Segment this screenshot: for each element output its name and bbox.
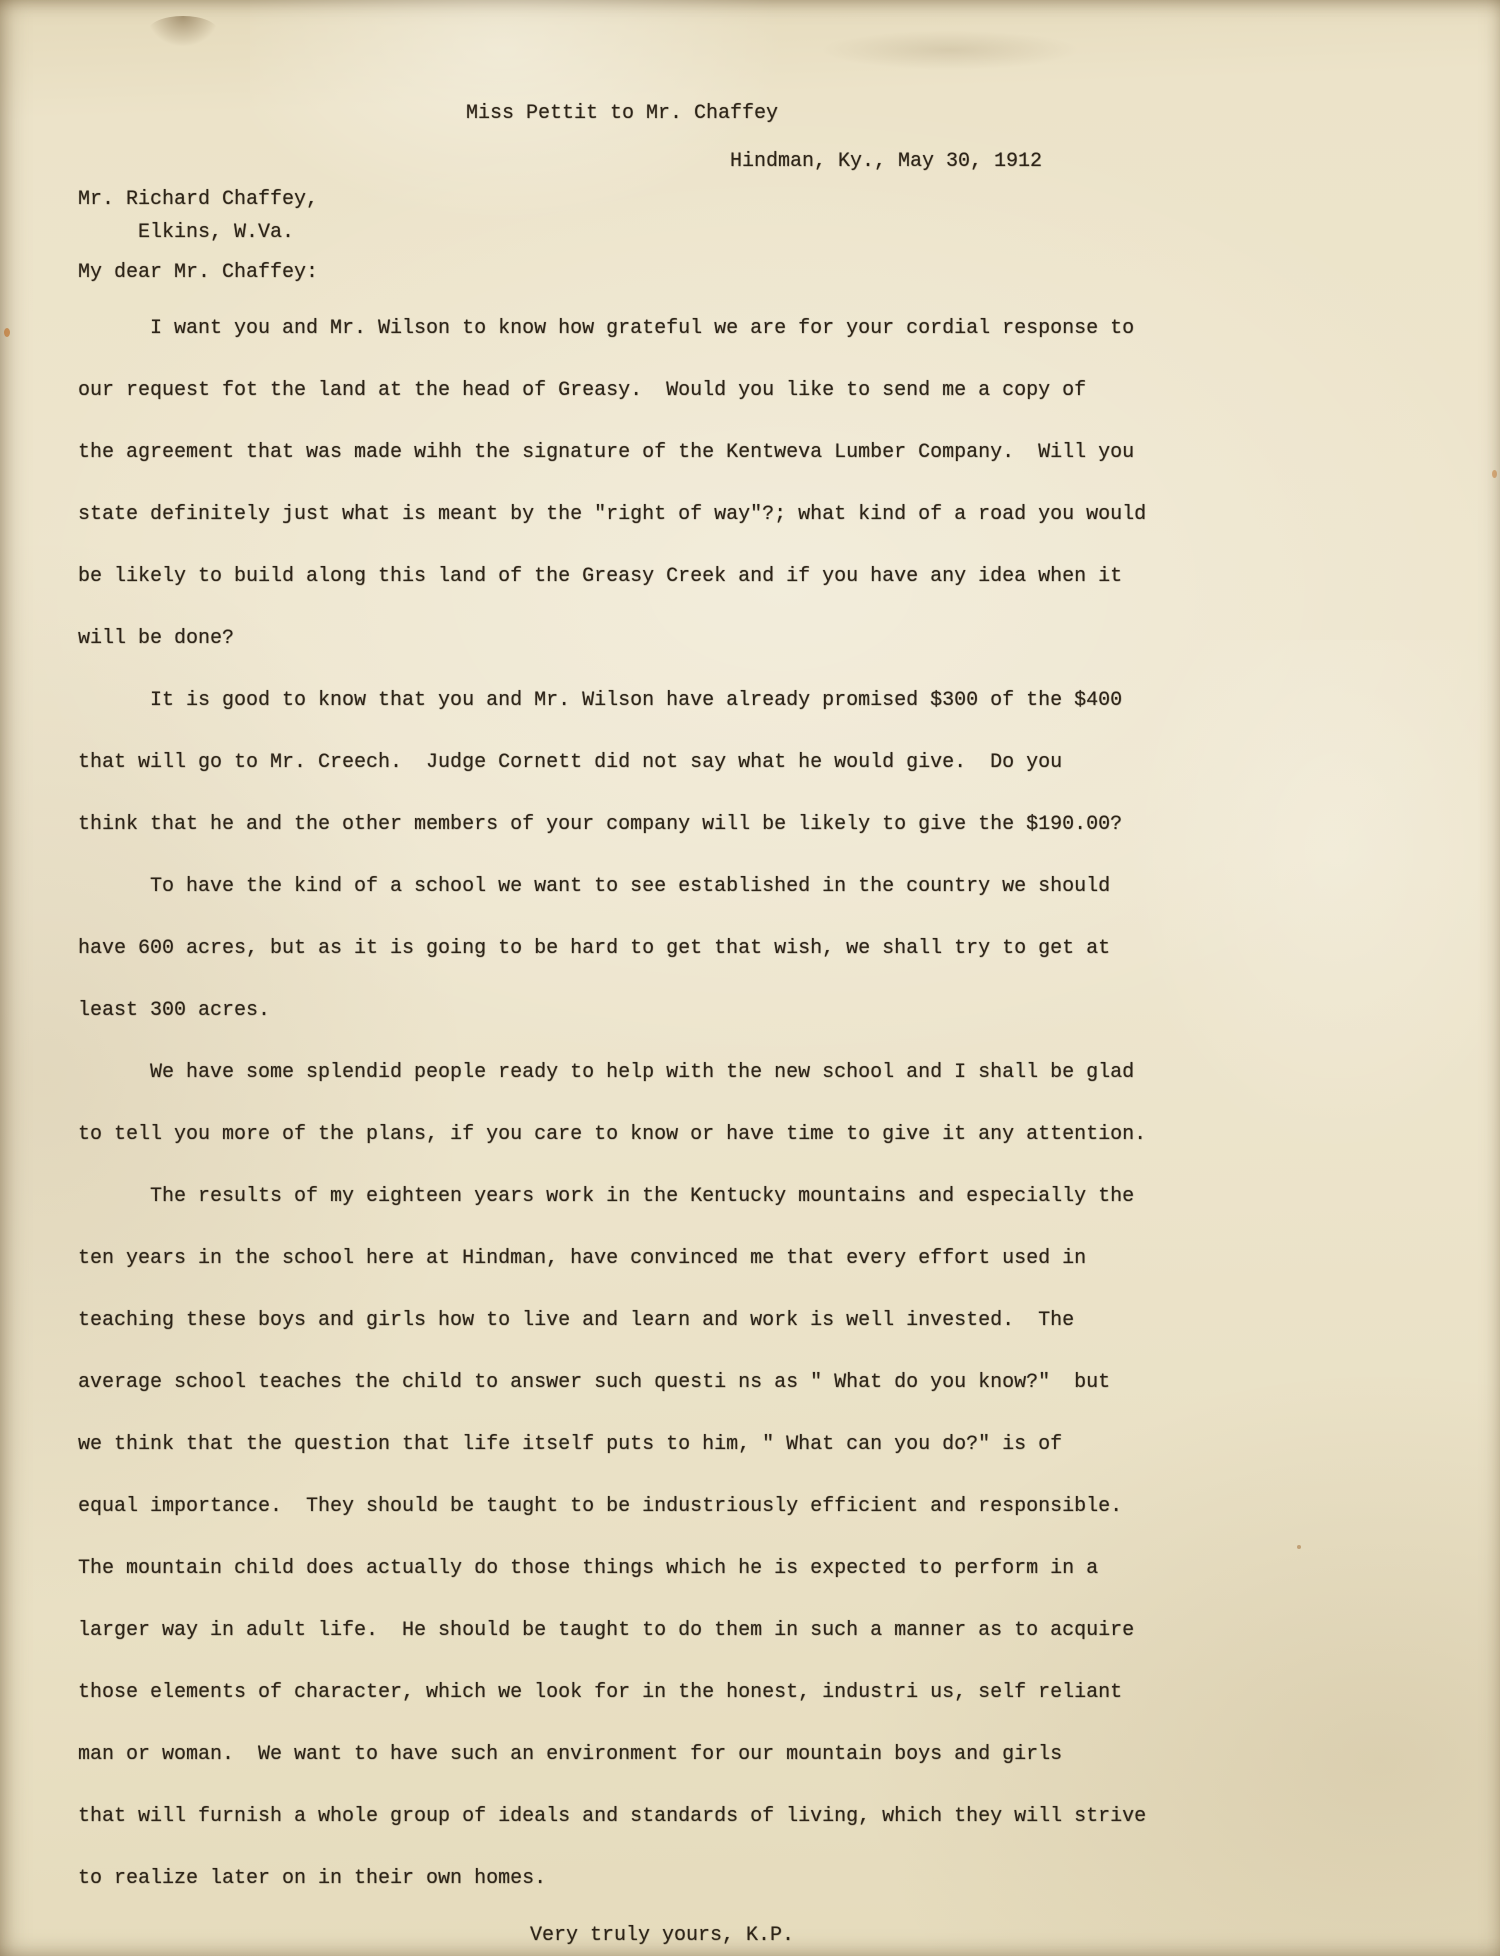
letter-closing: Very truly yours, K.P. bbox=[78, 1926, 1468, 1946]
letter-line: The results of my eighteen years work in… bbox=[78, 1166, 1468, 1228]
letter-page: Miss Pettit to Mr. Chaffey Hindman, Ky.,… bbox=[0, 0, 1500, 1956]
letter-line: have 600 acres, but as it is going to be… bbox=[78, 918, 1468, 980]
paper-speck bbox=[1492, 470, 1497, 478]
letter-line: be likely to build along this land of th… bbox=[78, 546, 1468, 608]
letter-line: will be done? bbox=[78, 608, 1468, 670]
letter-line: our request fot the land at the head of … bbox=[78, 360, 1468, 422]
letter-body: I want you and Mr. Wilson to know how gr… bbox=[78, 298, 1468, 1910]
letter-line: that will furnish a whole group of ideal… bbox=[78, 1786, 1468, 1848]
letter-title: Miss Pettit to Mr. Chaffey bbox=[78, 104, 1468, 124]
salutation: My dear Mr. Chaffey: bbox=[78, 263, 1468, 283]
paragraph: To have the kind of a school we want to … bbox=[78, 856, 1468, 1042]
letter-line: The mountain child does actually do thos… bbox=[78, 1538, 1468, 1600]
letter-line: the agreement that was made wihh the sig… bbox=[78, 422, 1468, 484]
letter-line: larger way in adult life. He should be t… bbox=[78, 1600, 1468, 1662]
letter-line: We have some splendid people ready to he… bbox=[78, 1042, 1468, 1104]
letter-line: those elements of character, which we lo… bbox=[78, 1662, 1468, 1724]
letter-line: average school teaches the child to answ… bbox=[78, 1352, 1468, 1414]
letter-line: It is good to know that you and Mr. Wils… bbox=[78, 670, 1468, 732]
letter-line: ten years in the school here at Hindman,… bbox=[78, 1228, 1468, 1290]
letter-line: least 300 acres. bbox=[78, 980, 1468, 1042]
letter-line: we think that the question that life its… bbox=[78, 1414, 1468, 1476]
paper-speck bbox=[4, 328, 10, 337]
letter-line: equal importance. They should be taught … bbox=[78, 1476, 1468, 1538]
letter-line: that will go to Mr. Creech. Judge Cornet… bbox=[78, 732, 1468, 794]
letter-content: Miss Pettit to Mr. Chaffey Hindman, Ky.,… bbox=[78, 0, 1468, 1946]
letter-line: to realize later on in their own homes. bbox=[78, 1848, 1468, 1910]
letter-line: To have the kind of a school we want to … bbox=[78, 856, 1468, 918]
letter-line: teaching these boys and girls how to liv… bbox=[78, 1290, 1468, 1352]
letter-line: I want you and Mr. Wilson to know how gr… bbox=[78, 298, 1468, 360]
recipient-name: Mr. Richard Chaffey, bbox=[78, 190, 1468, 210]
paragraph: It is good to know that you and Mr. Wils… bbox=[78, 670, 1468, 856]
letter-line: think that he and the other members of y… bbox=[78, 794, 1468, 856]
letter-dateline: Hindman, Ky., May 30, 1912 bbox=[78, 152, 1468, 172]
letter-line: state definitely just what is meant by t… bbox=[78, 484, 1468, 546]
recipient-address: Elkins, W.Va. bbox=[78, 223, 1468, 243]
paragraph: The results of my eighteen years work in… bbox=[78, 1166, 1468, 1910]
letter-line: to tell you more of the plans, if you ca… bbox=[78, 1104, 1468, 1166]
paragraph: I want you and Mr. Wilson to know how gr… bbox=[78, 298, 1468, 670]
letter-line: man or woman. We want to have such an en… bbox=[78, 1724, 1468, 1786]
paragraph: We have some splendid people ready to he… bbox=[78, 1042, 1468, 1166]
